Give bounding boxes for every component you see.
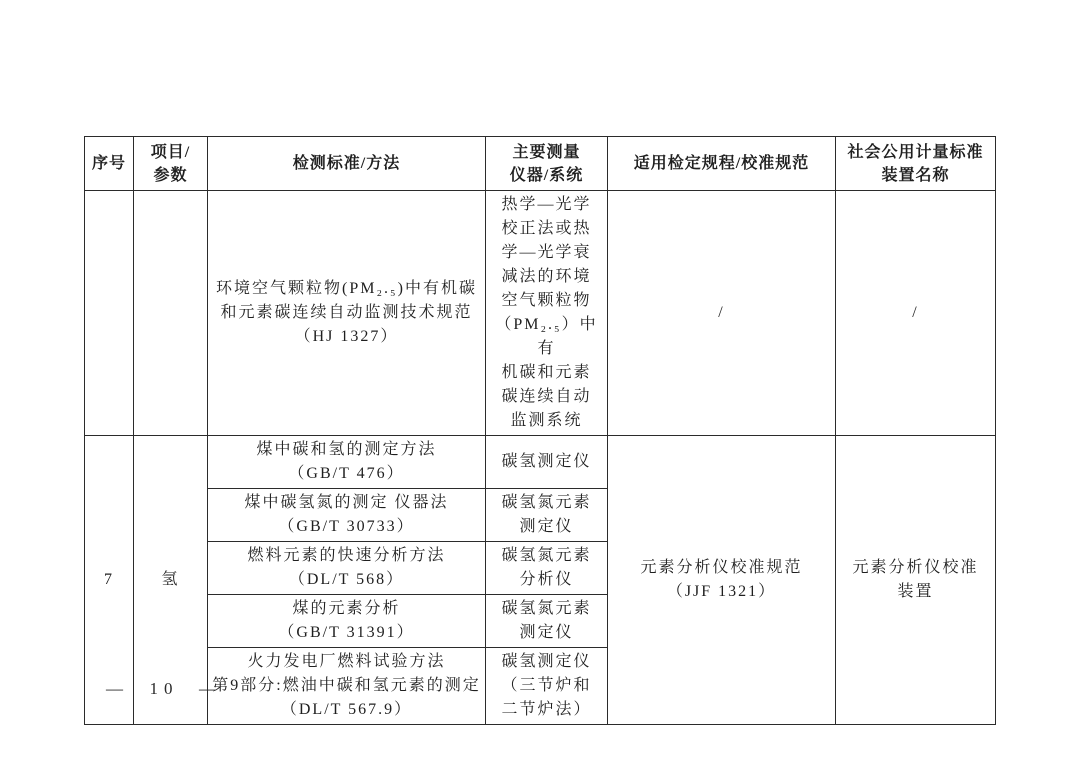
cell-standard: 火力发电厂燃料试验方法 第9部分:燃油中碳和氢元素的测定 （DL/T 567.9… bbox=[208, 648, 486, 725]
header-standard: 检测标准/方法 bbox=[208, 137, 486, 191]
cell-device: / bbox=[836, 191, 996, 436]
cell-standard: 煤中碳和氢的测定方法 （GB/T 476） bbox=[208, 436, 486, 489]
table-row-pm25: 环境空气颗粒物(PM₂.₅)中有机碳 和元素碳连续自动监测技术规范 （HJ 13… bbox=[85, 191, 996, 436]
cell-param bbox=[134, 191, 208, 436]
header-param: 项目/ 参数 bbox=[134, 137, 208, 191]
cell-seq bbox=[85, 191, 134, 436]
page-number: — 10 — bbox=[106, 679, 222, 699]
header-device: 社会公用计量标准 装置名称 bbox=[836, 137, 996, 191]
cell-procedure: 元素分析仪校准规范 （JJF 1321） bbox=[608, 436, 836, 725]
cell-device: 元素分析仪校准 装置 bbox=[836, 436, 996, 725]
cell-instrument: 碳氢测定仪 （三节炉和 二节炉法） bbox=[486, 648, 608, 725]
cell-instrument: 热学—光学 校正法或热 学—光学衰 减法的环境 空气颗粒物 （PM₂.₅）中有 … bbox=[486, 191, 608, 436]
cell-instrument: 碳氢氮元素 测定仪 bbox=[486, 489, 608, 542]
cell-standard: 煤中碳氢氮的测定 仪器法 （GB/T 30733） bbox=[208, 489, 486, 542]
cell-instrument: 碳氢测定仪 bbox=[486, 436, 608, 489]
header-instrument: 主要测量 仪器/系统 bbox=[486, 137, 608, 191]
cell-standard: 环境空气颗粒物(PM₂.₅)中有机碳 和元素碳连续自动监测技术规范 （HJ 13… bbox=[208, 191, 486, 436]
measurement-standards-table: 序号 项目/ 参数 检测标准/方法 主要测量 仪器/系统 适用检定规程/校准规范… bbox=[84, 136, 996, 725]
header-seq: 序号 bbox=[85, 137, 134, 191]
table-row-hydrogen-1: 7 氢 煤中碳和氢的测定方法 （GB/T 476） 碳氢测定仪 元素分析仪校准规… bbox=[85, 436, 996, 489]
header-procedure: 适用检定规程/校准规范 bbox=[608, 137, 836, 191]
cell-instrument: 碳氢氮元素 分析仪 bbox=[486, 542, 608, 595]
cell-instrument: 碳氢氮元素 测定仪 bbox=[486, 595, 608, 648]
table-header-row: 序号 项目/ 参数 检测标准/方法 主要测量 仪器/系统 适用检定规程/校准规范… bbox=[85, 137, 996, 191]
cell-procedure: / bbox=[608, 191, 836, 436]
cell-standard: 燃料元素的快速分析方法 （DL/T 568） bbox=[208, 542, 486, 595]
cell-standard: 煤的元素分析 （GB/T 31391） bbox=[208, 595, 486, 648]
document-page: 序号 项目/ 参数 检测标准/方法 主要测量 仪器/系统 适用检定规程/校准规范… bbox=[0, 0, 1080, 780]
